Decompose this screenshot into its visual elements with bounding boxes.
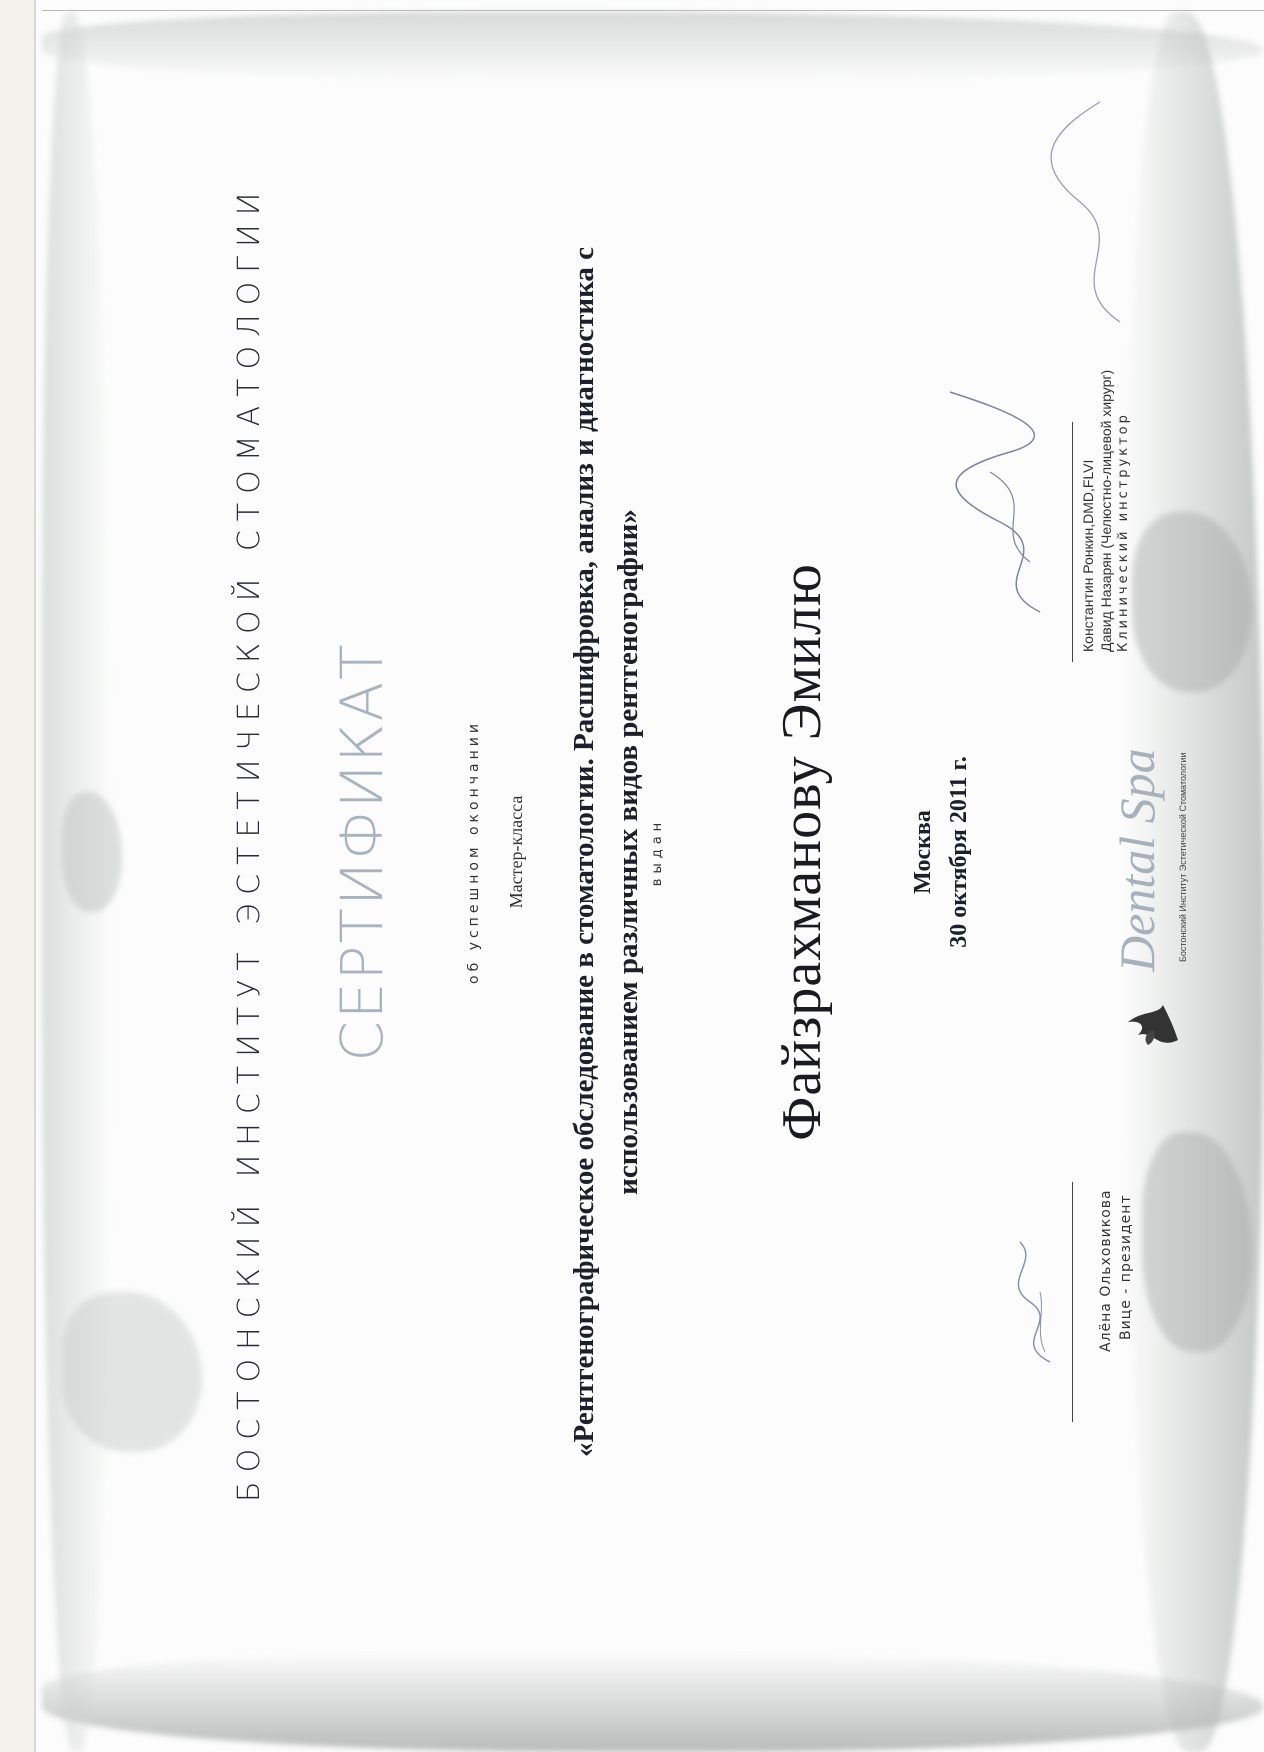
signature-line-left — [1072, 1182, 1073, 1422]
signature-left — [1000, 1232, 1070, 1372]
city: Москва — [910, 602, 937, 1102]
course-title: «Рентгенографическое обследование в стом… — [562, 212, 650, 1492]
logo-wordmark: Dental Spa — [1108, 748, 1166, 972]
signatory-left-name: Алёна Ольховикова — [1098, 1189, 1114, 1352]
logo-subtitle: Бостонский Институт Эстетической Стомато… — [1178, 753, 1188, 963]
institute-name: БОСТОНСКИЙ ИНСТИТУТ ЭСТЕТИЧЕСКОЙ СТОМАТО… — [232, 202, 267, 1502]
masterclass-label: Мастер-класса — [506, 452, 527, 1252]
issued-label: выдан — [650, 452, 665, 1252]
signature-right-2 — [1040, 92, 1140, 332]
signature-right — [920, 382, 1070, 622]
certificate-body: БОСТОНСКИЙ ИНСТИТУТ ЭСТЕТИЧЕСКОЙ СТОМАТО… — [0, 0, 1264, 1752]
certificate-title: СЕРТИФИКАТ — [328, 452, 396, 1252]
recipient-name: Файзрахманову Эмилю — [770, 302, 834, 1402]
signatory-left-role: Вице - президент — [1118, 1194, 1134, 1340]
signatory-right-role: Клинический инструктор — [1116, 412, 1131, 652]
issue-date: 30 октября 2011 г. — [946, 602, 973, 1102]
signatory-right-line2: Давид Назарян (Челюстно-лицевой хирург) — [1098, 370, 1114, 652]
signatory-right-line1: Константин Ронкин,DMD,FLVI — [1080, 460, 1096, 652]
signature-line-right — [1072, 422, 1073, 662]
completion-line: об успешном окончании — [466, 452, 482, 1252]
tooth-flame-icon — [1118, 990, 1188, 1060]
